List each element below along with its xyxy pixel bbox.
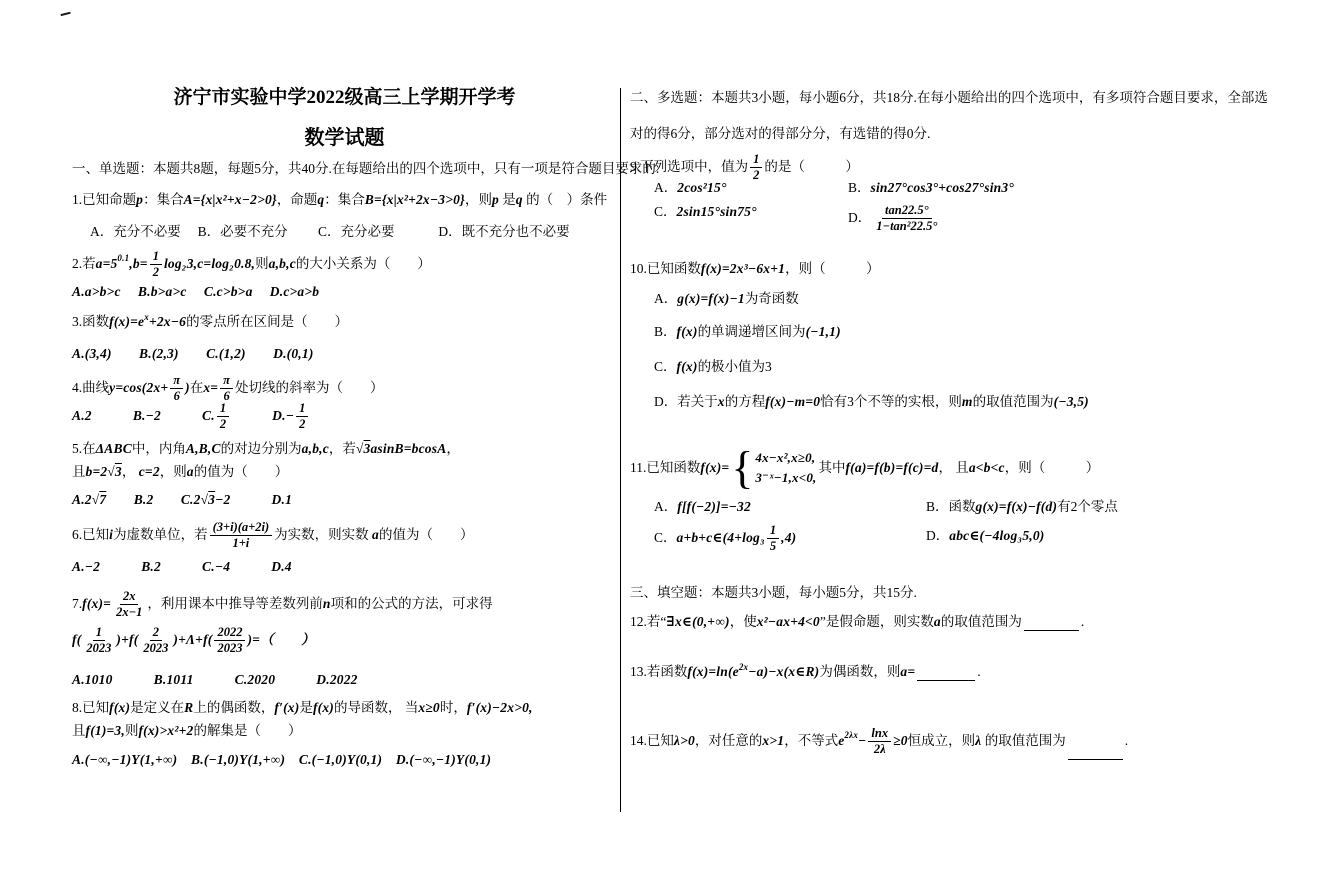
question-10-option-d: D．若关于x的方程f(x)−m=0恰有3个不等的实根，则m的取值范围为(−3,5… xyxy=(654,394,1089,411)
question-4-options: A.2 B.−2 C.12 D.−12 xyxy=(72,396,310,436)
question-10-option-b: B．f(x)的单调递增区间为(−1,1) xyxy=(654,324,841,341)
question-9-stem: 9.下列选项中，值为12的是（ ） xyxy=(630,150,859,184)
paper-subtitle: 数学试题 xyxy=(72,126,617,151)
question-10-option-a: A．g(x)=f(x)−1为奇函数 xyxy=(654,291,799,308)
question-3-options: A.(3,4) B.(2,3) C.(1,2) D.(0,1) xyxy=(72,346,314,363)
question-8-stem-line1: 8.已知f(x)是定义在R上的偶函数，f′(x)是f(x)的导函数， 当x≥0时… xyxy=(72,700,533,717)
section-3-header: 三、填空题：本题共3小题，每小题5分，共15分. xyxy=(630,585,917,602)
question-7-stem-line1: 7.f(x)=2x2x−1，利用课本中推导等差数列前n项和的公式的方法，可求得 xyxy=(72,586,493,622)
scan-artifact xyxy=(59,7,70,16)
question-5-stem-line1: 5.在ΔABC中，内角A,B,C的对边分别为a,b,c，若√3asinB=bco… xyxy=(72,441,460,458)
exam-paper-page: 济宁市实验中学2022级高三上学期开学考 数学试题 一、单选题：本题共8题，每题… xyxy=(0,0,1321,877)
question-6-options: A.−2 B.2 C.−4 D.4 xyxy=(72,559,292,576)
question-11-stem: 11.已知函数f(x)={4x−x²,x≥0,3⁻ˣ−1,x<0,其中f(a)=… xyxy=(630,444,1099,492)
question-5-stem-line2: 且b=2√3， c=2，则a的值为（ ） xyxy=(72,464,288,481)
question-1-options: A．充分不必要 B．必要不充分 C．充分必要 D．既不充分也不必要 xyxy=(90,224,570,241)
question-10-stem: 10.已知函数f(x)=2x³−6x+1，则（ ） xyxy=(630,261,880,278)
question-8-options: A.(−∞,−1)Y(1,+∞) B.(−1,0)Y(1,+∞) C.(−1,0… xyxy=(72,752,491,769)
question-2-stem: 2.若a=50.1,b=12log₂3,c=log₂0.8,则a,b,c的大小关… xyxy=(72,246,431,282)
question-11-option-c: C．a+b+c∈(4+log₃15,4) xyxy=(654,518,796,558)
question-14-stem: 14.已知λ>0，对任意的x>1，不等式e2λx−lnx2λ≥0恒成立，则λ 的… xyxy=(630,722,1128,760)
question-7-stem-line2: f(12023)+f(22023)+Λ+f(20222023)=（ ） xyxy=(72,620,315,660)
question-1-stem: 1.已知命题p：集合A={x|x²+x−2>0}，命题q：集合B={x|x²+2… xyxy=(72,192,607,209)
section-2-header-line2: 对的得6分，部分选对的得部分分，有选错的得0分. xyxy=(630,126,930,143)
question-12-stem: 12.若“∃x∈(0,+∞)，使x²−ax+4<0”是假命题，则实数a的取值范围… xyxy=(630,614,1084,631)
column-divider xyxy=(620,88,621,812)
question-9-option-a: A．2cos²15° xyxy=(654,180,727,197)
question-2-options: A.a>b>c B.b>a>c C.c>b>a D.c>a>b xyxy=(72,284,319,301)
question-13-stem: 13.若函数f(x)=ln(e2x−a)−x(x∈R)为偶函数，则a=. xyxy=(630,664,981,681)
right-column: 二、多选题：本题共3小题，每小题6分，共18分.在每小题给出的四个选项中，有多项… xyxy=(630,0,1280,877)
left-column: 济宁市实验中学2022级高三上学期开学考 数学试题 一、单选题：本题共8题，每题… xyxy=(72,0,617,877)
question-9-option-b: B．sin27°cos3°+cos27°sin3° xyxy=(848,180,1014,197)
question-11-option-b: B．函数g(x)=f(x)−f(d)有2个零点 xyxy=(926,499,1118,516)
question-8-stem-line2: 且f(1)=3,则f(x)>x²+2的解集是（ ） xyxy=(72,723,301,740)
question-9-option-d: D．tan22.5°1−tan²22.5° xyxy=(848,196,942,240)
question-11-option-a: A．f[f(−2)]=−32 xyxy=(654,499,751,516)
section-1-header: 一、单选题：本题共8题，每题5分，共40分.在每题给出的四个选项中，只有一项是符… xyxy=(72,161,659,178)
question-9-option-c: C．2sin15°sin75° xyxy=(654,204,757,221)
question-11-option-d: D．abc∈(−4log₃5,0) xyxy=(926,528,1045,545)
question-3-stem: 3.函数f(x)=ex+2x−6的零点所在区间是（ ） xyxy=(72,314,348,331)
question-5-options: A.2√7 B.2 C.2√3−2 D.1 xyxy=(72,492,292,509)
exam-title: 济宁市实验中学2022级高三上学期开学考 xyxy=(72,86,617,110)
section-2-header-line1: 二、多选题：本题共3小题，每小题6分，共18分.在每小题给出的四个选项中，有多项… xyxy=(630,90,1268,107)
question-6-stem: 6.已知i为虚数单位，若(3+i)(a+2i)1+i为实数，则实数 a的值为（ … xyxy=(72,516,474,554)
question-10-option-c: C．f(x)的极小值为3 xyxy=(654,359,772,376)
question-7-options: A.1010 B.1011 C.2020 D.2022 xyxy=(72,672,358,689)
